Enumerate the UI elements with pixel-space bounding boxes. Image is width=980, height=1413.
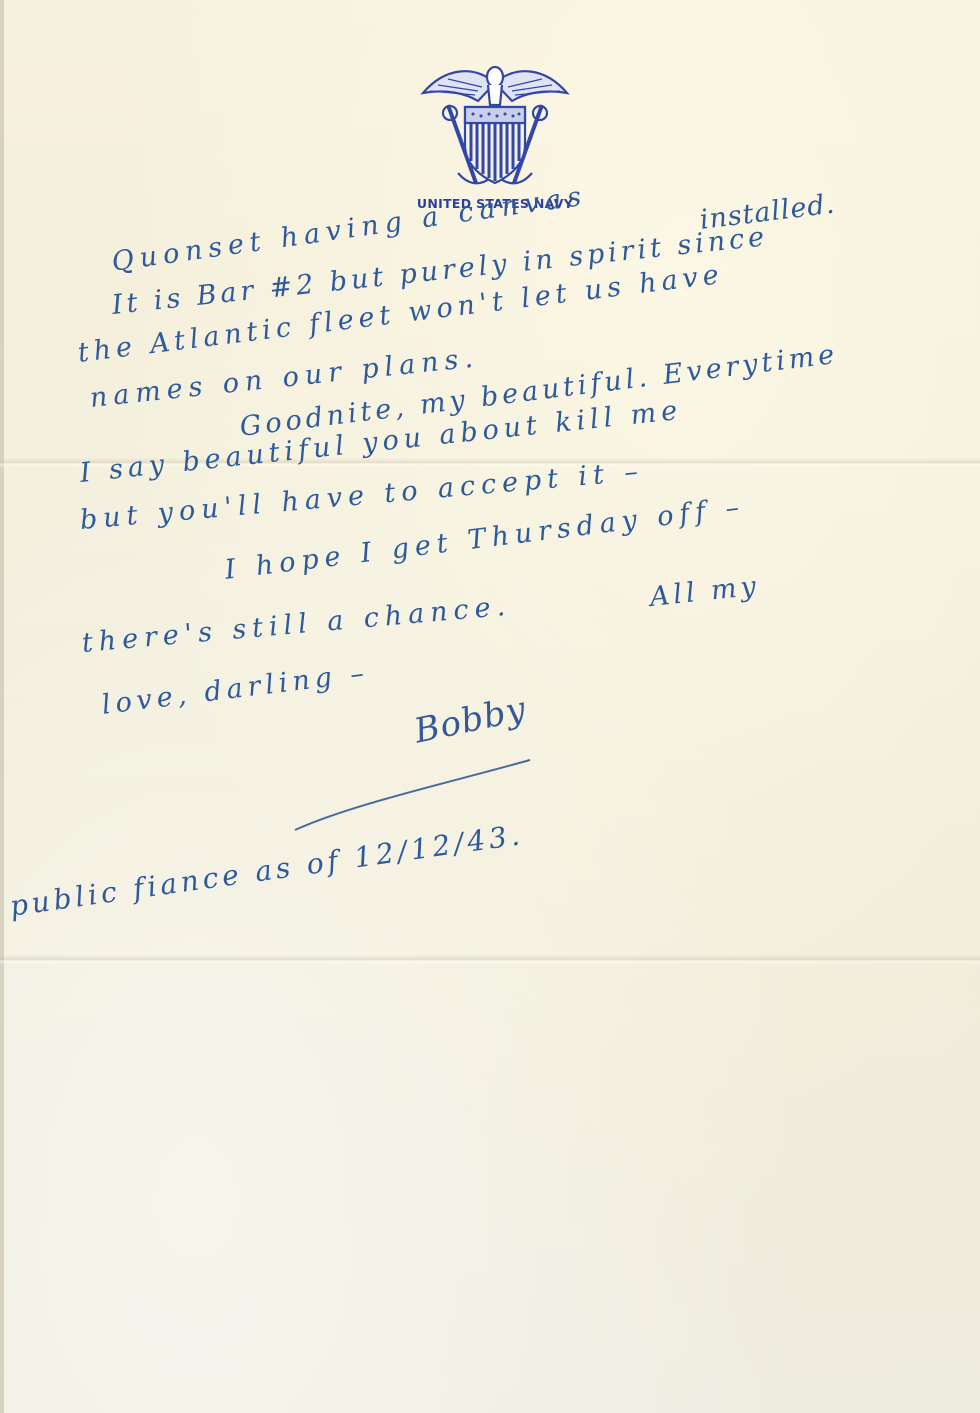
handwritten-line: All my: [648, 571, 761, 613]
paper-edge: [0, 0, 4, 1413]
fold-crease: [0, 955, 980, 965]
postscript-note: public fiance as of 12/12/43.: [8, 818, 526, 923]
letter-page: UNITED STATES NAVY installed. Quonset ha…: [0, 0, 980, 1413]
handwritten-line: there's still a chance.: [81, 591, 513, 659]
signature: Bobby: [411, 689, 530, 752]
navy-emblem-icon: [420, 55, 570, 190]
handwritten-line: love, darling –: [100, 657, 370, 721]
